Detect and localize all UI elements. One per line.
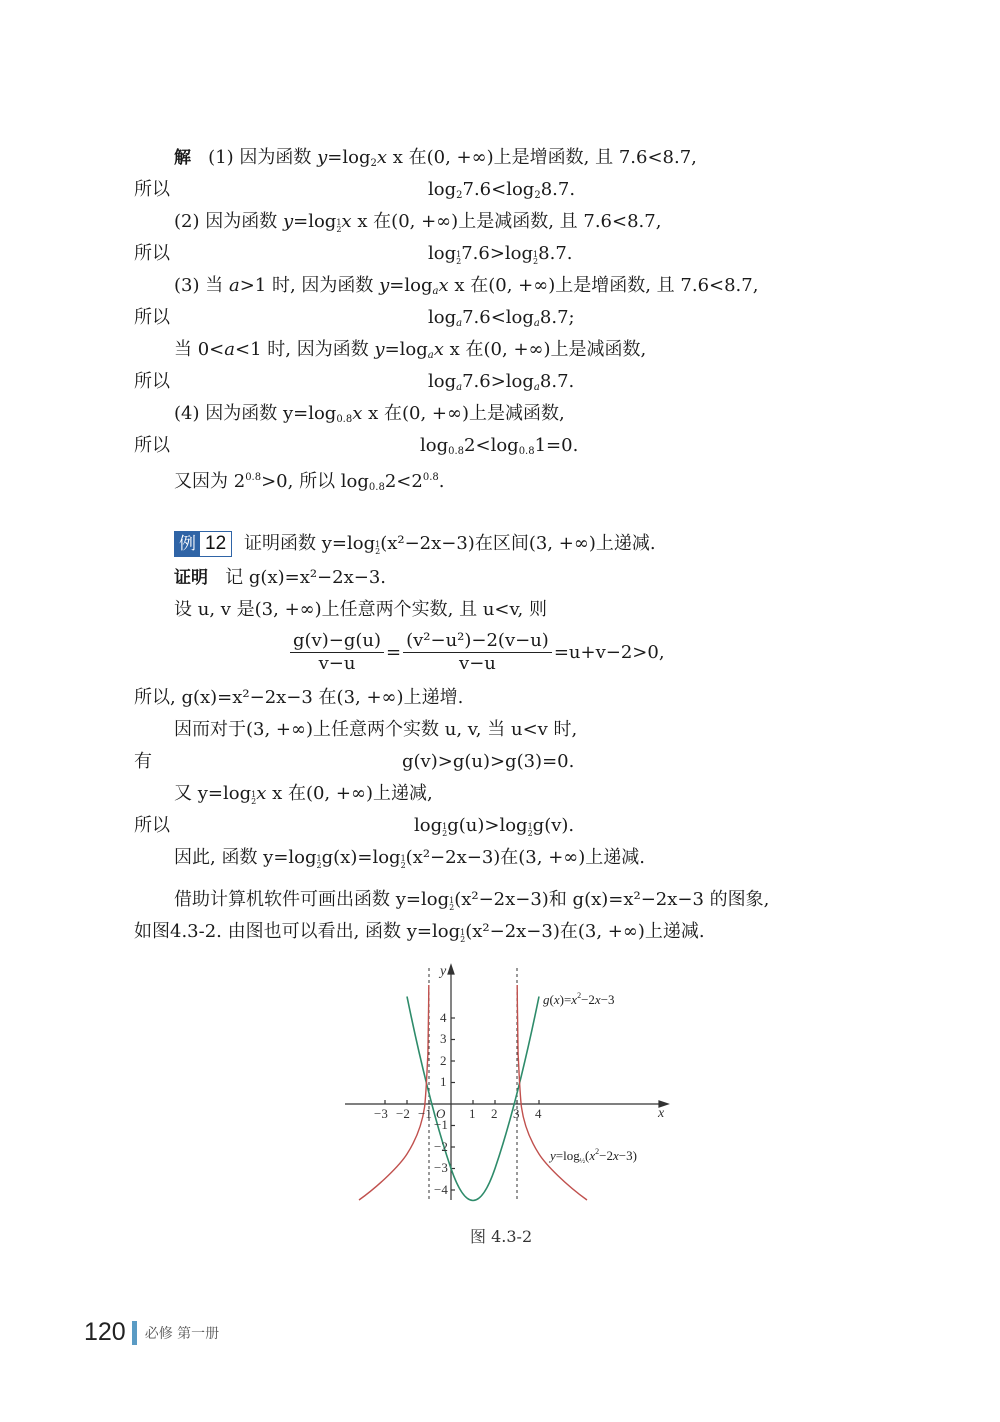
svg-text:−1: −1 <box>418 1106 432 1121</box>
x-axis-label: x <box>657 1106 665 1121</box>
svg-text:3: 3 <box>513 1106 520 1121</box>
y-arrow-icon <box>448 965 454 974</box>
svg-text:4: 4 <box>440 1010 447 1025</box>
svg-text:−1: −1 <box>434 1117 448 1132</box>
curve-log-right <box>517 985 587 1200</box>
svg-text:3: 3 <box>440 1031 447 1046</box>
figure-caption: 图 4.3-2 <box>470 1224 532 1247</box>
axes <box>345 965 668 1200</box>
y-axis-label: y <box>438 964 447 979</box>
svg-text:1: 1 <box>440 1074 447 1089</box>
svg-text:−4: −4 <box>434 1182 448 1197</box>
svg-text:−3: −3 <box>374 1106 388 1121</box>
svg-text:2: 2 <box>491 1106 498 1121</box>
legend-g: g(x)=x2−2x−3 <box>543 991 615 1007</box>
svg-text:2: 2 <box>440 1053 447 1068</box>
svg-text:4: 4 <box>535 1106 542 1121</box>
curve-log-left <box>359 985 429 1200</box>
svg-text:−3: −3 <box>434 1160 448 1175</box>
curve-g <box>407 997 539 1201</box>
svg-text:−2: −2 <box>434 1139 448 1154</box>
legend-log: y=log½(x2−2x−3) <box>548 1147 637 1165</box>
function-graph: −3−2−1 O 1234 4321 −1−2−3−4 x y g(x)=x2−… <box>0 0 1000 1422</box>
book-title: 必修 第一册 <box>145 1323 219 1343</box>
footer-divider <box>132 1321 137 1345</box>
page-number: 120 <box>84 1318 126 1347</box>
page-footer: 120 必修 第一册 <box>84 1318 219 1347</box>
svg-text:−2: −2 <box>396 1106 410 1121</box>
svg-text:1: 1 <box>469 1106 476 1121</box>
